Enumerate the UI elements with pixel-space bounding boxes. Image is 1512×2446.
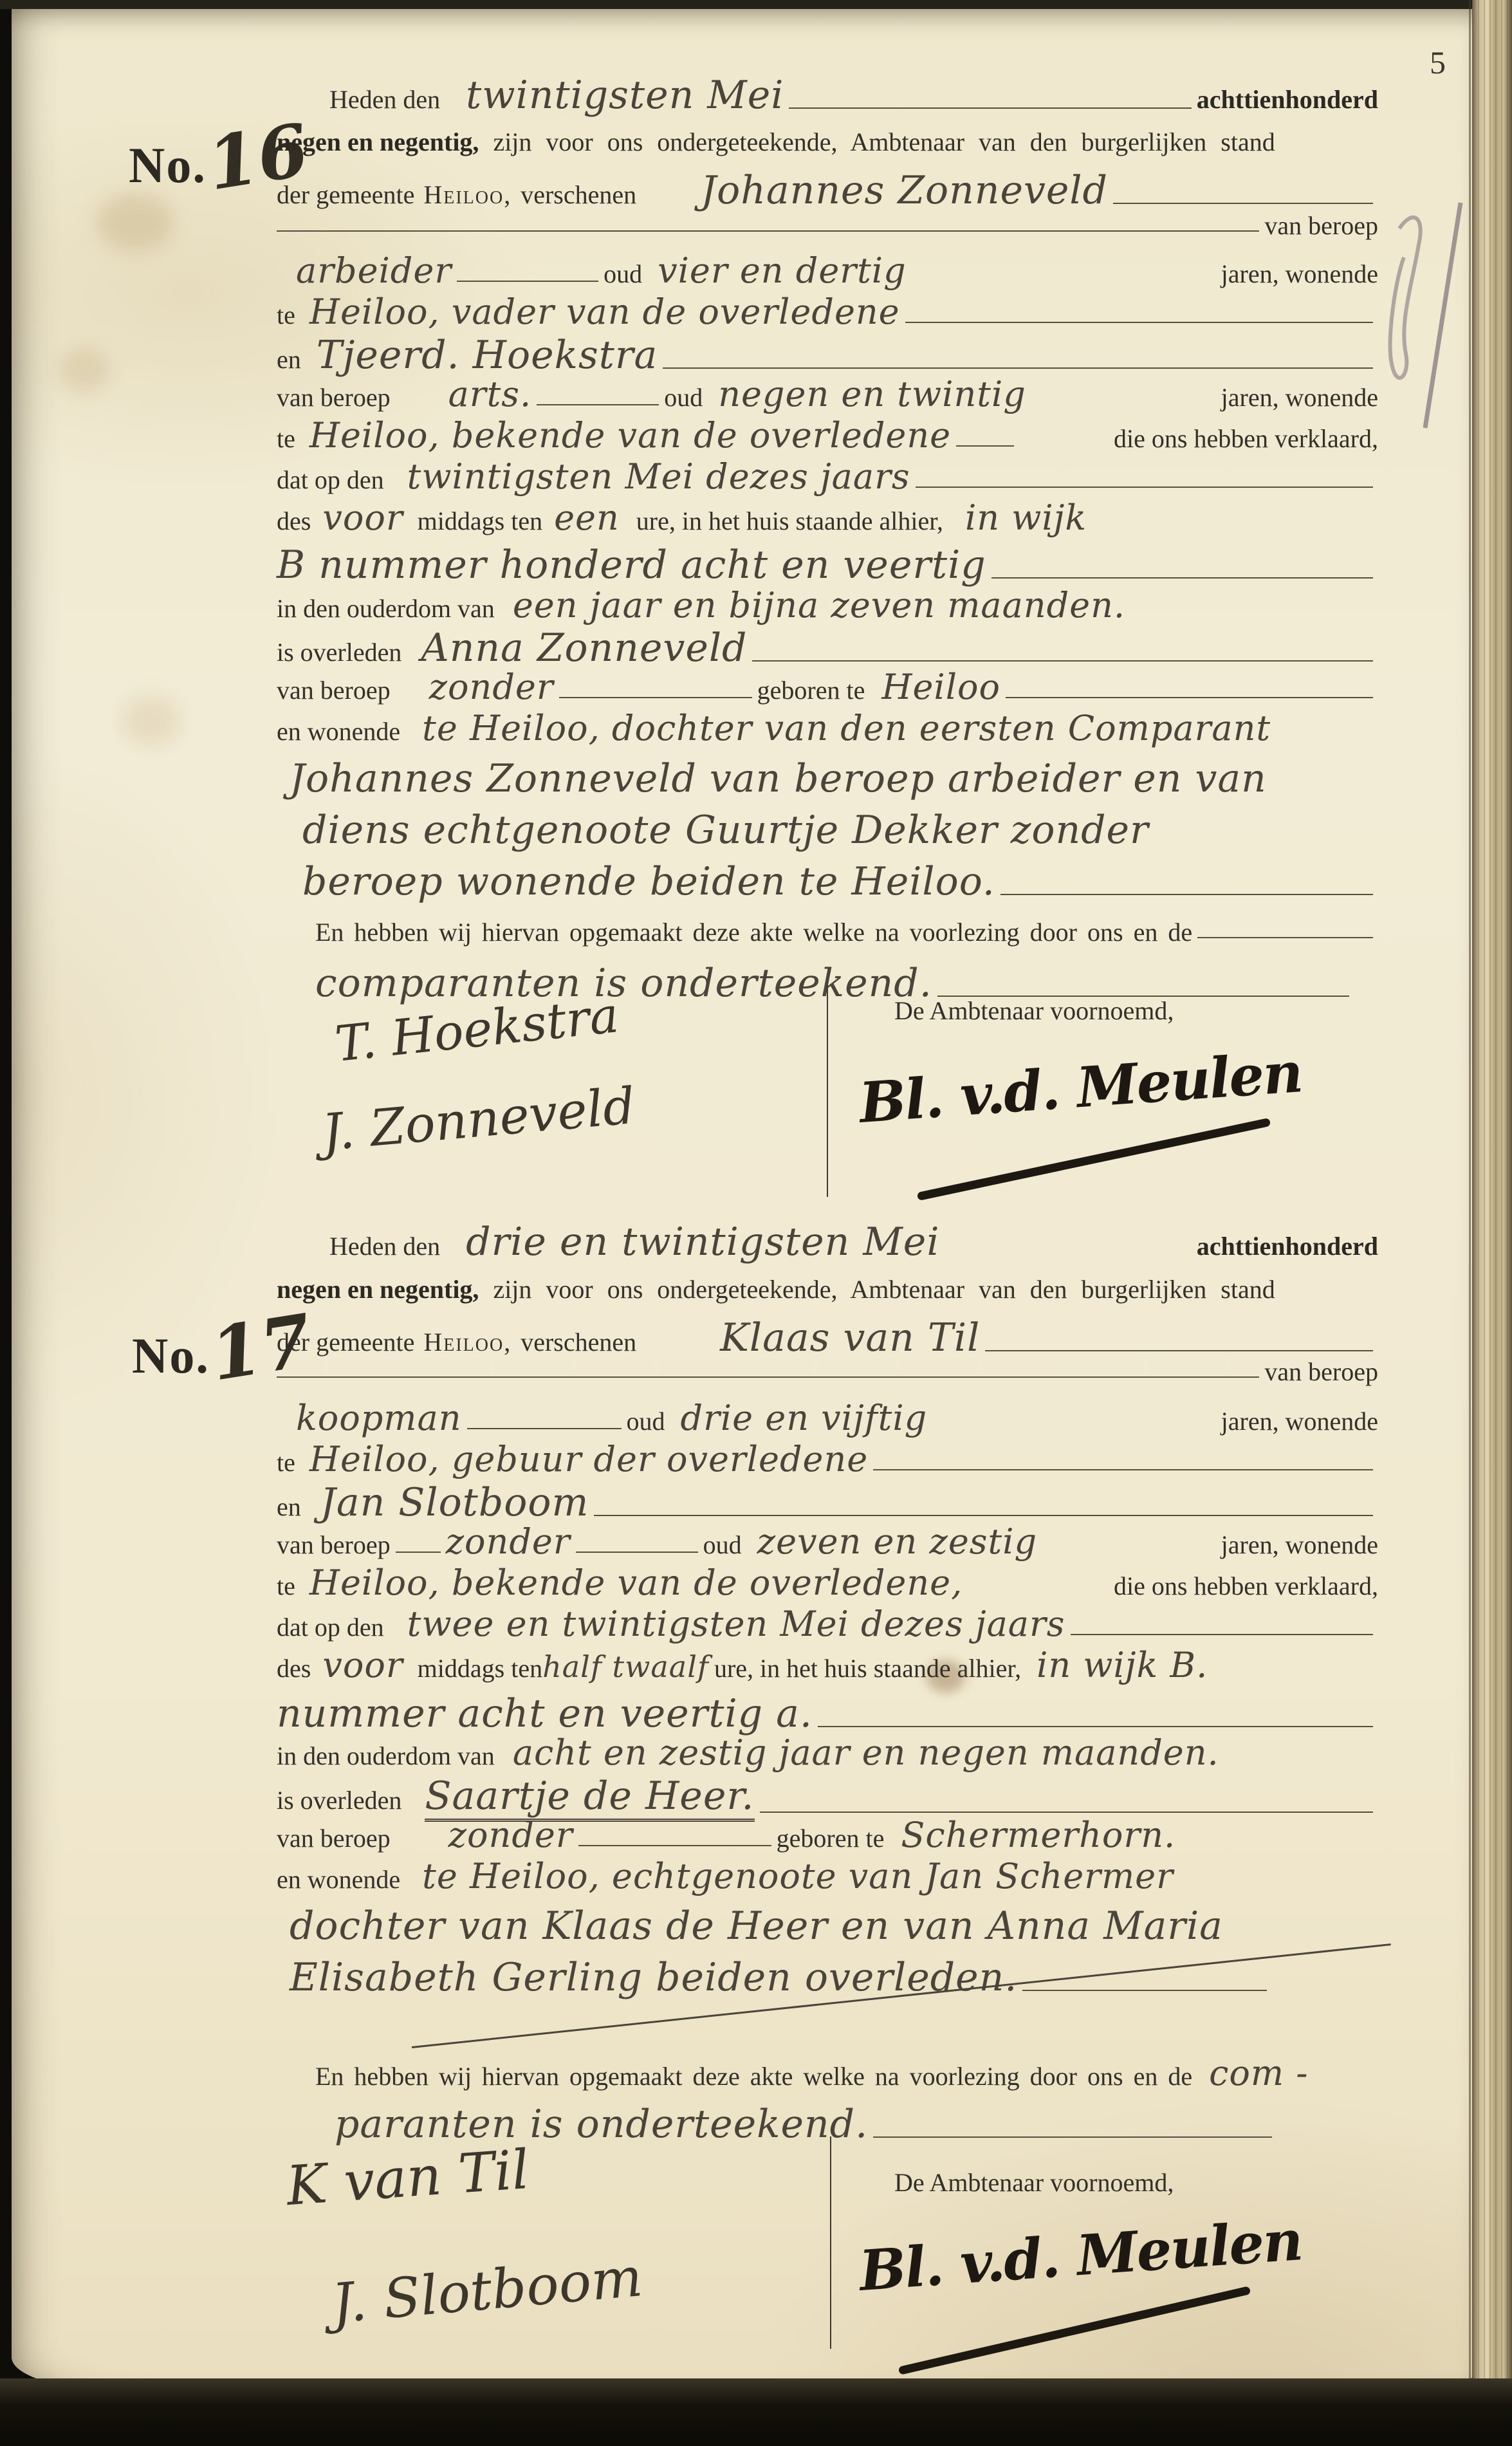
death-record-16: Heden den twintigsten Mei achttienhonder… — [277, 61, 1378, 1213]
label-oud: oud — [703, 1530, 742, 1560]
form-row: B nummer honderd acht en veertig — [277, 542, 1378, 588]
hw-residence: te Heiloo, dochter van den eersten Compa… — [422, 708, 1271, 748]
label-ouderdom: in den ouderdom van — [277, 1741, 495, 1771]
form-row: dochter van Klaas de Heer en van Anna Ma… — [277, 1904, 1378, 1949]
official-signature: Bl. v.d. Meulen — [857, 1040, 1304, 1136]
paper-stain — [58, 347, 109, 393]
book-bottom-edge — [0, 2378, 1512, 2446]
label-en-wonende: en wonende — [277, 1864, 400, 1895]
hw-age1: vier en dertig — [658, 250, 907, 291]
hw-age2: negen en twintig — [718, 374, 1026, 414]
form-row: te Heiloo, bekende van de overledene die… — [277, 415, 1378, 456]
ruled-line — [1113, 203, 1373, 204]
paper-stain — [122, 695, 180, 746]
ruled-line — [576, 1552, 698, 1553]
form-row: van beroep zonder geboren te Schermerhor… — [277, 1815, 1378, 1855]
hw-free-line: Johannes Zonneveld van beroep arbeider e… — [290, 756, 1267, 801]
ruled-line — [663, 367, 1373, 369]
form-row: En hebben wij hiervan opgemaakt deze akt… — [277, 2053, 1378, 2093]
form-row: En hebben wij hiervan opgemaakt deze akt… — [277, 917, 1378, 947]
form-row: van beroep zonder geboren te Heiloo — [277, 667, 1378, 707]
form-row: Johannes Zonneveld van beroep arbeider e… — [277, 756, 1378, 801]
ruled-line — [916, 486, 1373, 488]
hw-free-line: beroep wonende beiden te Heiloo. — [302, 859, 995, 904]
ruled-line — [396, 1552, 441, 1553]
label-oud: oud — [627, 1406, 665, 1436]
hw-declarant1: Johannes Zonneveld — [701, 168, 1108, 213]
hw-age1: drie en vijftig — [681, 1398, 928, 1438]
hw-wijk: in wijk — [965, 497, 1087, 538]
ruled-line — [752, 660, 1373, 662]
hw-death-date: twee en twintigsten Mei dezes jaars — [407, 1604, 1065, 1644]
form-row: van beroep — [277, 1357, 1378, 1387]
hw-daypart: voor — [322, 497, 403, 538]
label-te: te — [277, 300, 295, 330]
label-van-beroep: van beroep — [277, 1823, 391, 1853]
ruled-line — [467, 1428, 622, 1429]
label-achttienhonderd: achttienhonderd — [1197, 1231, 1378, 1261]
hw-beroep2: arts. — [448, 374, 532, 414]
label-dat-op-den: dat op den — [277, 1612, 384, 1642]
book-top-edge — [0, 0, 1512, 9]
ruled-line — [578, 1845, 771, 1846]
ruled-line — [457, 281, 598, 282]
ruled-line — [985, 1350, 1373, 1351]
label-ouderdom: in den ouderdom van — [277, 593, 495, 624]
hw-relation2: Heiloo, bekende van de overledene, — [309, 1562, 963, 1603]
hw-house: B nummer honderd acht en veertig — [277, 542, 986, 588]
hw-relation1: Heiloo, gebuur der overledene — [309, 1439, 868, 1479]
label-van-beroep: van beroep — [1264, 210, 1378, 241]
label-dat-op-den: dat op den — [277, 465, 384, 495]
form-row: en wonende te Heiloo, echtgenoote van Ja… — [277, 1856, 1378, 1896]
page-number: 5 — [1430, 44, 1446, 81]
hw-wijk: in wijk B. — [1037, 1645, 1208, 1685]
hw-birthplace: Schermerhorn. — [901, 1815, 1175, 1855]
label-ure: ure, in het huis staande alhier, — [636, 506, 943, 536]
form-row: beroep wonende beiden te Heiloo. — [277, 859, 1378, 904]
ruled-line — [905, 322, 1373, 323]
label-verschenen: verschenen — [521, 180, 636, 210]
label-year: negen en negentig, — [277, 1274, 479, 1304]
label-ure: ure, in het huis staande alhier, — [714, 1653, 1021, 1683]
label-is-overleden: is overleden — [277, 637, 401, 667]
label-intro: zijn voor ons ondergeteekende, Ambtenaar… — [493, 1274, 1275, 1304]
death-record-17: Heden den drie en twintigsten Mei achtti… — [277, 1210, 1378, 2368]
hw-beroep-deceased: zonder — [448, 1815, 573, 1855]
hw-declarant1: Klaas van Til — [720, 1315, 980, 1360]
form-row: is overleden Anna Zonneveld — [277, 625, 1378, 671]
label-closing: En hebben wij hiervan opgemaakt deze akt… — [315, 917, 1192, 947]
hw-residence: te Heiloo, echtgenoote van Jan Schermer — [422, 1856, 1174, 1896]
witness-signature: K van Til — [284, 2138, 531, 2218]
signature-divider-line — [827, 985, 828, 1197]
label-te: te — [277, 1447, 295, 1478]
form-row: des voor middags ten een ure, in het hui… — [277, 497, 1378, 538]
label-jaren-wonende: jaren, wonende — [1221, 382, 1378, 412]
label-middags-ten: middags ten — [418, 506, 542, 536]
label-geboren-te: geboren te — [777, 1823, 885, 1853]
form-row: paranten is onderteekend. — [277, 2102, 1378, 2147]
label-ambtenaar: De Ambtenaar voornoemd, — [894, 2167, 1174, 2198]
signature-divider-line — [830, 2136, 831, 2349]
label-gemeente-naam: Heiloo, — [423, 180, 512, 210]
form-row: negen en negentig, zijn voor ons onderge… — [277, 127, 1378, 157]
label-verklaard: die ons hebben verklaard, — [1114, 1571, 1378, 1601]
hw-beroep1: arbeider — [296, 250, 452, 291]
label-te: te — [277, 423, 295, 454]
label-jaren-wonende: jaren, wonende — [1221, 1530, 1378, 1560]
hw-beroep-deceased: zonder — [429, 667, 554, 707]
form-row: der gemeente Heiloo, verschenen Klaas va… — [277, 1315, 1378, 1360]
hw-house: nummer acht en veertig a. — [277, 1691, 813, 1736]
form-row: arbeider oud vier en dertig jaren, wonen… — [277, 250, 1378, 291]
label-jaren-wonende: jaren, wonende — [1221, 1406, 1378, 1436]
hw-age2: zeven en zestig — [757, 1521, 1037, 1562]
label-gemeente-naam: Heiloo, — [423, 1327, 512, 1357]
label-verklaard: die ons hebben verklaard, — [1114, 423, 1378, 454]
ruled-line — [537, 404, 659, 405]
ruled-line — [1197, 937, 1373, 938]
form-row: te Heiloo, gebuur der overledene — [277, 1439, 1378, 1479]
ruled-line — [818, 1726, 1373, 1727]
form-row: in den ouderdom van een jaar en bijna ze… — [277, 585, 1378, 625]
label-geboren-te: geboren te — [757, 675, 865, 705]
hw-deceased-name: Anna Zonneveld — [421, 625, 747, 671]
hw-age-deceased: acht en zestig jaar en negen maanden. — [513, 1732, 1219, 1773]
hw-act-date: twintigsten Mei — [466, 73, 784, 118]
label-jaren-wonende: jaren, wonende — [1221, 259, 1378, 289]
label-achttienhonderd: achttienhonderd — [1197, 84, 1378, 115]
label-en: en — [277, 344, 301, 375]
label-en-wonende: en wonende — [277, 716, 400, 746]
label-is-overleden: is overleden — [277, 1785, 401, 1815]
witness-signature: J. Slotboom — [329, 2245, 645, 2335]
hw-free-line: dochter van Klaas de Heer en van Anna Ma… — [290, 1904, 1223, 1949]
label-van-beroep: van beroep — [277, 1530, 391, 1560]
form-row: te Heiloo, bekende van de overledene, di… — [277, 1562, 1378, 1603]
hw-beroep2: zonder — [446, 1521, 571, 1562]
hw-free-line: Elisabeth Gerling beiden overleden. — [290, 1955, 1017, 2000]
label-der-gemeente: der gemeente — [277, 180, 414, 210]
ruled-line — [1071, 1634, 1374, 1635]
hw-act-date: drie en twintigsten Mei — [466, 1219, 939, 1265]
hw-declarant2: Jan Slotboom — [320, 1480, 589, 1525]
label-van-beroep: van beroep — [277, 382, 391, 412]
label-van-beroep: van beroep — [1264, 1357, 1378, 1387]
ruled-line — [789, 107, 1191, 109]
hw-relation2: Heiloo, bekende van de overledene — [309, 415, 951, 456]
label-closing: En hebben wij hiervan opgemaakt deze akt… — [315, 2061, 1192, 2091]
form-row: negen en negentig, zijn voor ons onderge… — [277, 1274, 1378, 1304]
no-label: No. — [129, 136, 207, 194]
label-year: negen en negentig, — [277, 127, 479, 157]
form-row: des voor middags ten half twaalf ure, in… — [277, 1645, 1378, 1685]
ruled-line — [873, 2136, 1272, 2138]
hw-beroep1: koopman — [296, 1398, 462, 1438]
form-row: en wonende te Heiloo, dochter van den ee… — [277, 708, 1378, 748]
form-row: dat op den twee en twintigsten Mei dezes… — [277, 1604, 1378, 1644]
no-label: No. — [132, 1327, 210, 1385]
margin-annotation-mark — [1364, 199, 1480, 438]
hw-closing: comparanten is onderteekend. — [315, 961, 932, 1006]
label-van-beroep: van beroep — [277, 675, 391, 705]
witness-signature: J. Zonneveld — [320, 1077, 638, 1162]
label-der-gemeente: der gemeente — [277, 1327, 414, 1357]
ruled-line — [760, 1811, 1374, 1813]
label-intro: zijn voor ons ondergeteekende, Ambtenaar… — [493, 127, 1275, 157]
hw-relation1: Heiloo, vader van de overledene — [309, 292, 900, 332]
label-heden-den: Heden den — [329, 1231, 440, 1261]
label-ambtenaar: De Ambtenaar voornoemd, — [894, 996, 1174, 1026]
hw-death-date: twintigsten Mei dezes jaars — [407, 456, 910, 497]
form-row: van beroep arts. oud negen en twintig ja… — [277, 374, 1378, 414]
label-en: en — [277, 1492, 301, 1522]
form-row: te Heiloo, vader van de overledene — [277, 292, 1378, 332]
label-oud: oud — [664, 382, 703, 412]
label-heden-den: Heden den — [329, 84, 440, 115]
hw-closing: paranten is onderteekend. — [335, 2102, 868, 2147]
scanned-register-page: 5 No. 16 Heden den twintigsten Mei achtt… — [0, 0, 1512, 2446]
ruled-line — [1000, 894, 1373, 895]
form-row: Heden den drie en twintigsten Mei achtti… — [277, 1219, 1378, 1265]
ruled-line — [1022, 1990, 1267, 1991]
ruled-line — [594, 1515, 1373, 1516]
ruled-line — [1006, 697, 1373, 698]
form-row: en Tjeerd. Hoekstra — [277, 333, 1378, 378]
signature-underline-stroke — [917, 1118, 1271, 1201]
hw-age-deceased: een jaar en bijna zeven maanden. — [513, 585, 1125, 625]
ruled-line — [991, 577, 1373, 579]
form-row: der gemeente Heiloo, verschenen Johannes… — [277, 168, 1378, 213]
ruled-line — [559, 697, 752, 698]
hw-hour: half twaalf — [542, 1649, 709, 1684]
form-row: nummer acht en veertig a. — [277, 1691, 1378, 1736]
ruled-line — [873, 1469, 1373, 1470]
form-row: in den ouderdom van acht en zestig jaar … — [277, 1732, 1378, 1773]
form-row: Heden den twintigsten Mei achttienhonder… — [277, 73, 1378, 118]
form-row: dat op den twintigsten Mei dezes jaars — [277, 456, 1378, 497]
ruled-line — [956, 445, 1014, 447]
hw-closing-suffix: com - — [1209, 2053, 1308, 2093]
hw-declarant2: Tjeerd. Hoekstra — [317, 333, 658, 378]
hw-birthplace: Heiloo — [881, 667, 1000, 707]
signature-underline-stroke — [898, 2286, 1251, 2375]
form-row: van beroep — [277, 210, 1378, 241]
hw-free-line: diens echtgenoote Guurtje Dekker zonder — [302, 808, 1149, 853]
label-middags-ten: middags ten — [418, 1653, 542, 1683]
ruled-line — [277, 1376, 1259, 1378]
label-des: des — [277, 506, 311, 536]
form-row: diens echtgenoote Guurtje Dekker zonder — [277, 808, 1378, 853]
label-verschenen: verschenen — [521, 1327, 636, 1357]
form-row: van beroep zonder oud zeven en zestig ja… — [277, 1521, 1378, 1562]
hw-daypart: voor — [322, 1645, 403, 1685]
form-row: koopman oud drie en vijftig jaren, wonen… — [277, 1398, 1378, 1438]
form-row: en Jan Slotboom — [277, 1480, 1378, 1525]
label-des: des — [277, 1653, 311, 1683]
hw-hour: een — [554, 497, 620, 538]
ruled-line — [277, 230, 1259, 232]
label-te: te — [277, 1571, 295, 1601]
paper-stain — [97, 193, 174, 251]
label-oud: oud — [604, 259, 642, 289]
